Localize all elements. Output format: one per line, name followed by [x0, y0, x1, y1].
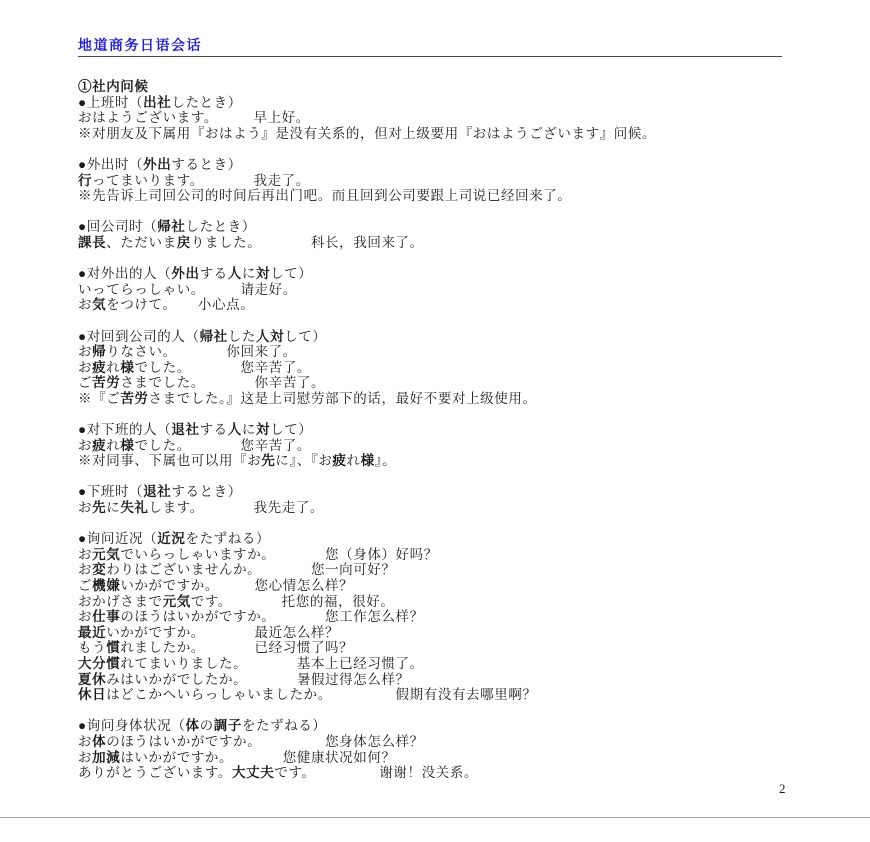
block-heading: ●上班时（出社したとき） [78, 95, 792, 111]
doc-line: お帰りなさい。 你回来了。 [78, 344, 792, 360]
header-title: 地道商务日语会话 [78, 35, 202, 55]
doc-line: お加減はいかがですか。 您健康状况如何？ [78, 750, 792, 766]
block-heading: ●对下班的人（退社する人に対して） [78, 422, 792, 438]
blank-line [78, 204, 792, 220]
doc-line: お疲れ様でした。 您辛苦了。 [78, 360, 792, 376]
blank-line [78, 469, 792, 485]
doc-line: 休日はどこかへいらっしゃいましたか。 假期有没有去哪里啊？ [78, 687, 792, 703]
document-body: ①社内问候●上班时（出社したとき）おはようございます。 早上好。※对朋友及下属用… [78, 79, 792, 796]
block-heading: ●对外出的人（外出する人に対して） [78, 266, 792, 282]
doc-line: 行ってまいります。 我走了。 [78, 173, 792, 189]
doc-line: ※先告诉上司回公司的时间后再出门吧。而且回到公司要跟上司说已经回来了。 [78, 188, 792, 204]
doc-line: お元気でいらっしゃいますか。 您（身体）好吗？ [78, 547, 792, 563]
doc-line: お気をつけて。 小心点。 [78, 297, 792, 313]
doc-line: いってらっしゃい。 请走好。 [78, 282, 792, 298]
doc-line: 課長、ただいま戻りました。 科长，我回来了。 [78, 235, 792, 251]
doc-line: ※对同事、下属也可以用『お先に』、『お疲れ様』。 [78, 453, 792, 469]
page-number: 2 [779, 781, 786, 797]
doc-line: おはようございます。 早上好。 [78, 110, 792, 126]
doc-line: 大分慣れてまいりました。 基本上已经习惯了。 [78, 656, 792, 672]
doc-line: ご機嫌いかがですか。 您心情怎么样？ [78, 578, 792, 594]
doc-line: おかげさまで元気です。 托您的福，很好。 [78, 594, 792, 610]
doc-line: ※对朋友及下属用『おはよう』是没有关系的，但对上级要用『おはようございます』问候… [78, 126, 792, 142]
block-heading: ●回公司时（帰社したとき） [78, 219, 792, 235]
section-title: ①社内问候 [78, 79, 792, 95]
doc-line: お仕事のほうはいかがですか。 您工作怎么样？ [78, 609, 792, 625]
doc-line: もう慣れましたか。 已经习惯了吗？ [78, 640, 792, 656]
block-heading: ●外出时（外出するとき） [78, 157, 792, 173]
doc-line: ご苦労さまでした。 你辛苦了。 [78, 375, 792, 391]
doc-line: お疲れ様でした。 您辛苦了。 [78, 438, 792, 454]
doc-line: ※『ご苦労さまでした。』这是上司慰劳部下的话，最好不要对上级使用。 [78, 391, 792, 407]
blank-line [78, 141, 792, 157]
doc-line: お先に失礼します。 我先走了。 [78, 500, 792, 516]
blank-line [78, 516, 792, 532]
block-heading: ●询问近况（近況をたずねる） [78, 531, 792, 547]
block-heading: ●对回到公司的人（帰社した人対して） [78, 329, 792, 345]
doc-line: お体のほうはいかがですか。 您身体怎么样？ [78, 734, 792, 750]
blank-line [78, 703, 792, 719]
blank-line [78, 313, 792, 329]
page-bottom-edge [0, 817, 870, 818]
doc-line: 最近いかがですか。 最近怎么样？ [78, 625, 792, 641]
block-heading: ●下班时（退社するとき） [78, 484, 792, 500]
block-heading: ●询问身体状况（体の調子をたずねる） [78, 718, 792, 734]
doc-line: ありがとうございます。大丈夫です。 谢谢！没关系。 [78, 765, 792, 781]
doc-line: 夏休みはいかがでしたか。 暑假过得怎么样？ [78, 672, 792, 688]
header-rule [78, 56, 782, 57]
blank-line [78, 781, 792, 797]
doc-line: お変わりはございませんか。 您一向可好？ [78, 562, 792, 578]
blank-line [78, 406, 792, 422]
blank-line [78, 251, 792, 267]
